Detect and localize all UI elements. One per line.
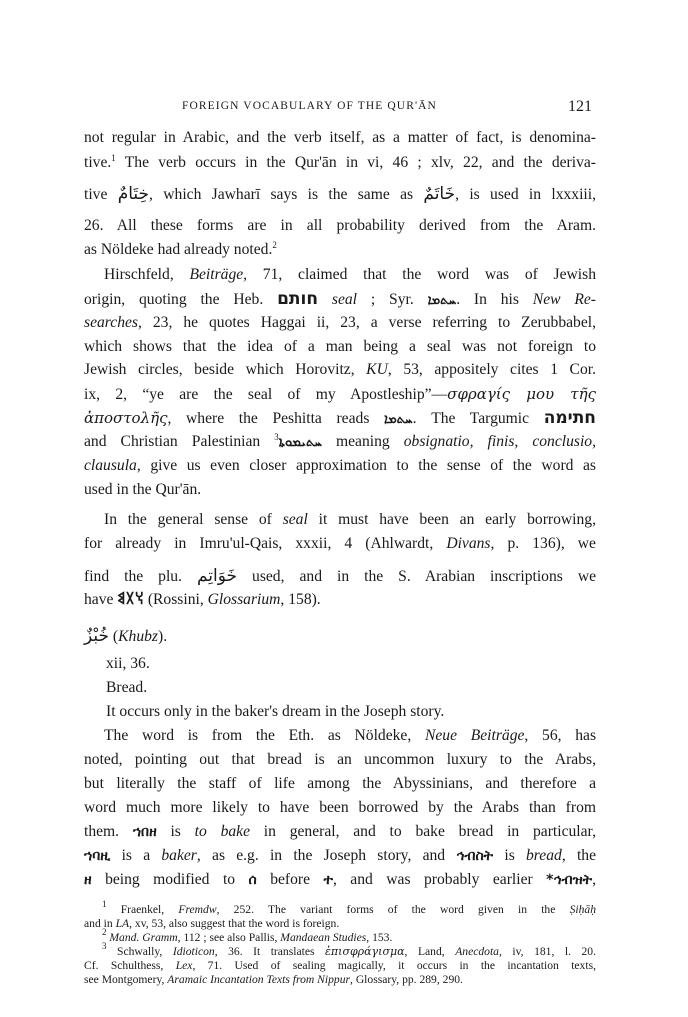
footnote-1: 1 Fraenkel, Fremdw, 252. The variant for… [84, 903, 596, 917]
greek-phrase: ἀποστολῆς [84, 409, 167, 427]
text-line: them. ኀበዘ is to bake in general, and to … [84, 822, 596, 842]
text-line: It occurs only in the baker's dream in t… [84, 702, 596, 722]
text-line: word much more likely to have been borro… [84, 798, 596, 818]
text-line: which shows that the idea of a man being… [84, 337, 596, 357]
text-line: 26. All these forms are in all probabili… [84, 216, 596, 236]
headword-translit: Khubz [118, 628, 158, 645]
ethiopic-letter: ተ [324, 872, 333, 888]
text-line: not regular in Arabic, and the verb itse… [84, 128, 596, 148]
text-line: origin, quoting the Heb. חותם seal ; Syr… [84, 289, 596, 311]
arabic-word: خِتَامٌ [118, 184, 149, 204]
entry-reference: xii, 36. [84, 654, 596, 674]
ethiopic-word: ኀበዘ [133, 824, 157, 840]
footnote-1-cont: and in LA, xv, 53, also suggest that the… [84, 917, 596, 931]
page-number: 121 [568, 98, 592, 116]
hebrew-word: חותם [277, 289, 318, 309]
ethiopic-letter: ሰ [249, 872, 257, 888]
footnote-3-cont: Cf. Schulthess, Lex, 71. Used of sealing… [84, 959, 596, 973]
arabic-word: خَوَاتِم [197, 566, 237, 586]
running-head: Foreign Vocabulary of the Qur'ān 121 [84, 98, 596, 118]
footnote-3-cont: see Montgomery, Aramaic Incantation Text… [84, 973, 596, 987]
text-line: find the plu. خَوَاتِم used, and in the … [84, 566, 596, 587]
text-line: clausula, give us even closer approximat… [84, 456, 596, 476]
entry-gloss: Bread. [84, 678, 596, 698]
hebrew-word: חתימה [544, 408, 596, 428]
syriac-word: ܚܬܡܐ [428, 293, 457, 308]
text-line: ኀባዚ is a baker, as e.g. in the Joseph st… [84, 846, 596, 866]
syriac-word: ܚܬܡܐ [384, 412, 413, 427]
ethiopic-word: ኅብስት [456, 848, 493, 864]
text-line: Hirschfeld, Beiträge, 71, claimed that t… [84, 265, 596, 285]
ethiopic-word: ኀባዚ [84, 848, 110, 864]
ethiopic-letter: ዘ [84, 872, 92, 888]
south-arabian-word: 𐩭𐩩𐩣 [117, 592, 144, 608]
text-line: as Nöldeke had already noted.2 [84, 240, 596, 260]
text-line: ix, 2, “ye are the seal of my Apostleshi… [84, 384, 596, 405]
footnote-2: 2 Mand. Gramm, 112 ; see also Pallis, Ma… [84, 931, 596, 945]
footnote-3: 3 Schwally, Idioticon, 36. It translates… [84, 945, 596, 959]
entry-headword: خُبْزٌ (Khubz). [84, 626, 167, 647]
text-line: used in the Qur'ān. [84, 480, 596, 500]
text-line: for already in Imru'ul-Qais, xxxii, 4 (A… [84, 534, 596, 554]
text-line: and Christian Palestinian ܚܬܝܡܘܬܐ3 meani… [84, 432, 596, 453]
text-line: tive خِتَامٌ, which Jawharī says is the … [84, 184, 596, 205]
greek-phrase: σφραγίς μου τῆς [447, 385, 596, 403]
text-line: Jewish circles, beside which Horovitz, K… [84, 360, 596, 380]
text-line: noted, pointing out that bread is an unc… [84, 750, 596, 770]
text-line: ዘ being modified to ሰ before ተ, and was … [84, 870, 596, 890]
syriac-word: ܚܬܝܡܘܬܐ [279, 435, 322, 450]
text-line: In the general sense of seal it must hav… [84, 510, 596, 530]
text-line: tive.1 The verb occurs in the Qur'ān in … [84, 153, 596, 173]
footnote-ref[interactable]: 2 [272, 240, 277, 250]
text-line: but literally the staff of life among th… [84, 774, 596, 794]
headword-arabic: خُبْزٌ [84, 626, 109, 646]
text-line: The word is from the Eth. as Nöldeke, Ne… [84, 726, 596, 746]
text-line: searches, 23, he quotes Haggai ii, 23, a… [84, 313, 596, 333]
text-line: ἀποστολῆς, where the Peshitta reads ܚܬܡܐ… [84, 408, 596, 430]
arabic-word: خَاتَمٌ [423, 184, 455, 204]
running-title: Foreign Vocabulary of the Qur'ān [182, 100, 437, 112]
text-line: have 𐩭𐩩𐩣 (Rossini, Glossarium, 158). [84, 590, 596, 610]
ethiopic-word: *ኅብዝት [546, 872, 592, 888]
